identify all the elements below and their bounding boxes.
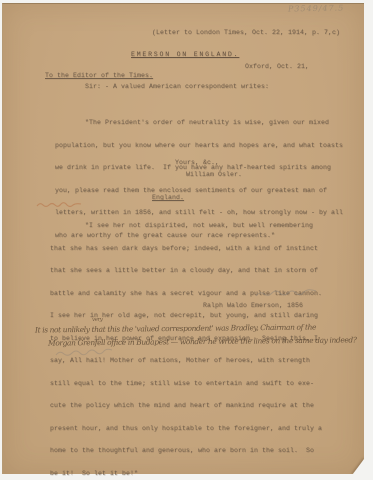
scanned-letter-page: { "letter": { "archival_ref": "P3549/47.… — [0, 0, 373, 480]
quote-line: be it! So let it be!" — [50, 470, 322, 478]
body-line: population, but you know where our heart… — [55, 142, 343, 150]
archival-reference-note: P3549/47.5 — [288, 4, 344, 14]
dateline: Oxford, Oct. 21, — [245, 63, 309, 71]
citation-line: (Letter to London Times, Oct. 22, 1914, … — [152, 29, 340, 37]
quote-line: I see her in her old age, not decrepit, … — [50, 312, 322, 320]
pencil-scribble-bottom — [55, 348, 113, 358]
editor-address-line: To the Editor of the Times. — [45, 72, 153, 80]
enclosure-heading: England. — [152, 194, 184, 202]
pencil-scribble-attribution — [255, 289, 317, 299]
quote-line: that she has seen dark days before; inde… — [50, 245, 322, 253]
body-line: you, please read them the enclosed senti… — [55, 187, 343, 195]
quote-line: that she sees a little better in a cloud… — [50, 267, 322, 275]
dog-ear-corner — [352, 458, 365, 475]
quote-line: "I see her not dispirited, not weak, but… — [50, 222, 322, 230]
salutation-line: Sir: - A valued American correspondent w… — [85, 83, 269, 91]
body-line: "The President's order of neutrality is … — [55, 119, 343, 127]
quote-line: cute the policy which the mind and heart… — [50, 402, 322, 410]
quote-line: say, All hail! Mother of nations, Mother… — [50, 357, 322, 365]
quote-line: still equal to the time; still wise to e… — [50, 380, 322, 388]
quote-line: home to the thoughtful and generous, who… — [50, 447, 322, 455]
ink-annotation-inserted-word: very — [92, 317, 103, 323]
letter-title: EMERSON ON ENGLAND. — [131, 51, 239, 59]
signature-line: William Osler. — [186, 171, 242, 179]
closing-line: Yours, &c., — [175, 159, 219, 167]
quote-line: present hour, and thus only hospitable t… — [50, 425, 322, 433]
attribution-line: Ralph Waldo Emerson, 1856 — [203, 302, 303, 310]
